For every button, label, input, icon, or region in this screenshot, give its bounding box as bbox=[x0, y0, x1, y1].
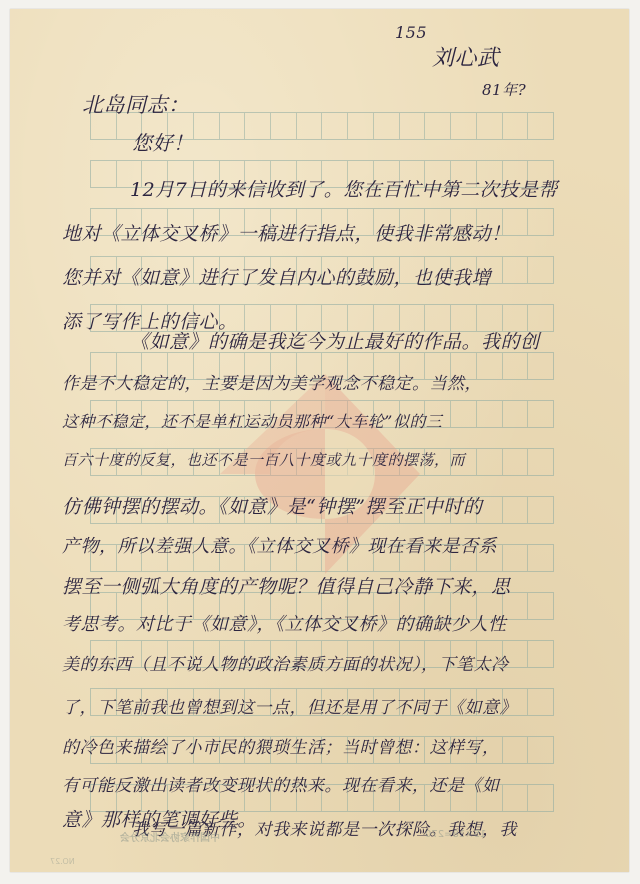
body-line: 百六十度的反复，也还不是一百八十度或九十度的摆荡，而 bbox=[62, 449, 465, 470]
grid-cell bbox=[348, 113, 374, 139]
body-line: 产物，所以差强人意。《立体交叉桥》现在看来是否系 bbox=[62, 532, 497, 558]
body-line: 《如意》的确是我迄今为止最好的作品。我的创 bbox=[130, 327, 540, 354]
grid-cell bbox=[528, 497, 553, 523]
body-line: 美的东西（且不说人物的政治素质方面的状况），下笔太冷 bbox=[62, 650, 509, 675]
publisher-imprint: 中国作家协会北京分会 bbox=[120, 829, 220, 844]
body-line: 摆至一侧弧大角度的产物呢？值得自己冷静下来，思 bbox=[62, 572, 511, 599]
grid-cell bbox=[503, 497, 529, 523]
grid-cell bbox=[528, 593, 553, 619]
body-line: 仿佛钟摆的摆动。《如意》是“钟摆”摆至正中时的 bbox=[62, 492, 482, 519]
page-number-annotation: 155 bbox=[395, 23, 427, 42]
year-annotation: 81年? bbox=[482, 79, 526, 100]
grid-cell bbox=[91, 161, 117, 187]
body-line: 这种不稳定，还不是单杠运动员那种“大车轮”似的三 bbox=[62, 409, 442, 432]
grid-cell bbox=[297, 113, 323, 139]
side-mark-imprint: NO.27 bbox=[50, 857, 75, 866]
grid-cell bbox=[477, 449, 503, 475]
grid-cell bbox=[477, 113, 503, 139]
grid-cell bbox=[528, 689, 553, 715]
body-line: 12月7日的来信收到了。您在百忙中第二次技是帮 bbox=[130, 175, 558, 202]
body-line: 有可能反激出读者改变现状的热来。现在看来，还是《如 bbox=[62, 771, 500, 796]
body-line: 考思考。对比于《如意》，《立体交叉桥》的确缺少人性 bbox=[62, 610, 507, 636]
body-line: 地对《立体交叉桥》一稿进行指点，使我非常感动！ bbox=[62, 219, 511, 246]
grid-cell bbox=[374, 113, 400, 139]
body-line: 作是不大稳定的，主要是因为美学观念不稳定。当然， bbox=[62, 369, 482, 394]
body-line: 了，下笔前我也曾想到这一点，但还是用了不同于《如意》 bbox=[62, 693, 517, 718]
grid-cell bbox=[503, 257, 529, 283]
grid-cell bbox=[451, 401, 477, 427]
grid-cell bbox=[271, 113, 297, 139]
grid-cell bbox=[528, 449, 553, 475]
greeting: 您好！ bbox=[132, 127, 194, 156]
grid-cell bbox=[194, 113, 220, 139]
grid-cell bbox=[528, 257, 553, 283]
body-line: 您并对《如意》进行了发自内心的鼓励，也使我增 bbox=[62, 263, 491, 290]
grid-cell bbox=[503, 353, 529, 379]
grid-cell bbox=[322, 113, 348, 139]
grid-cell bbox=[528, 545, 553, 571]
grid-cell bbox=[503, 737, 529, 763]
grid-cell bbox=[528, 353, 553, 379]
grid-cell bbox=[528, 209, 553, 235]
grid-spec-imprint: 15×18=270 bbox=[425, 829, 486, 840]
salutation: 北岛同志： bbox=[82, 89, 190, 119]
letter-page: 155 刘心武 81年? 北岛同志： 您好！ 12月7日的来信收到了。您在百忙中… bbox=[10, 9, 629, 872]
grid-cell bbox=[528, 737, 553, 763]
grid-cell bbox=[503, 113, 529, 139]
grid-cell bbox=[528, 641, 553, 667]
author-annotation: 刘心武 bbox=[432, 41, 500, 72]
grid-cell bbox=[400, 113, 426, 139]
grid-cell bbox=[220, 113, 246, 139]
grid-cell bbox=[477, 401, 503, 427]
grid-cell bbox=[528, 785, 553, 811]
grid-cell bbox=[528, 113, 553, 139]
body-line: 的冷色来描绘了小市民的猥琐生活；当时曾想：这样写， bbox=[62, 733, 500, 758]
grid-cell bbox=[425, 113, 451, 139]
grid-cell bbox=[503, 785, 529, 811]
grid-cell bbox=[503, 449, 529, 475]
grid-cell bbox=[503, 401, 529, 427]
grid-cell bbox=[528, 401, 553, 427]
grid-cell bbox=[245, 113, 271, 139]
grid-cell bbox=[503, 545, 529, 571]
grid-cell bbox=[451, 113, 477, 139]
